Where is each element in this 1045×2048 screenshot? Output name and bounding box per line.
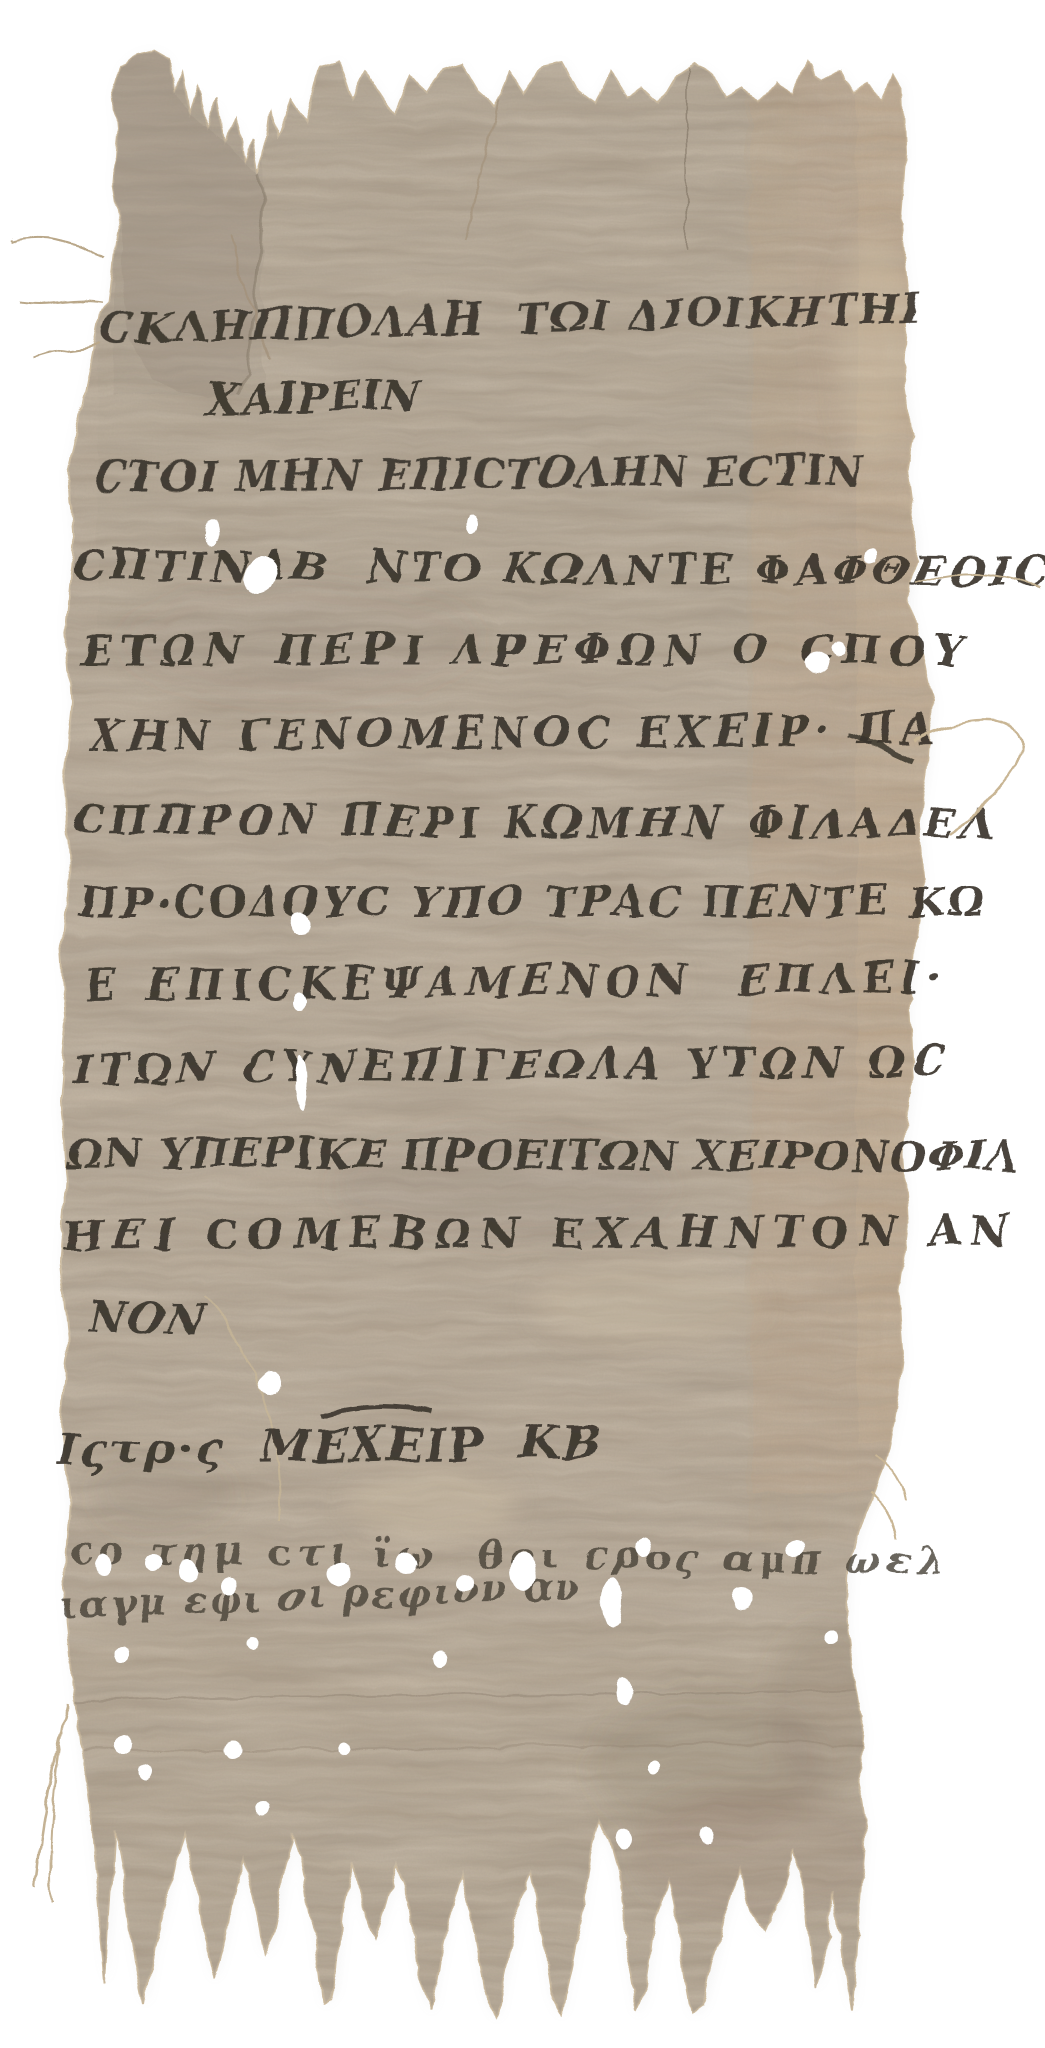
- text-line-12: ΗΕΙ CΟΜΕΒΩΝ ΕΧΑΗΝΤΟΝ ΑΝ: [61, 1204, 1017, 1258]
- date-line: Ιςτρ·ς ΜΕΧΕΙΡ ΚΒ: [52, 1413, 602, 1475]
- text-line-10: ΙΤΩΝ CΥΝΕΠΙΓΕΩΛΑ ΥΤΩΝ ΩC: [69, 1035, 950, 1093]
- photo-canvas: CΚΛΗΠΠΟΛΑΗ ΤΩΙ ΔΙΟΙΚΗΤΗΙ ΧΑΙΡΕΙΝ CΤΟΙ ΜΗ…: [0, 0, 1045, 2048]
- text-line-11: ΩΝ ΥΠΕΡΙΚΕ ΠΡΟΕΙΤΩΝ ΧΕΙΡΟΝΟΦΙΛ: [63, 1127, 1018, 1179]
- text-line-6: ΧΗΝ ΓΕΝΟΜΕΝΟC ΕΧΕΙΡ· ΠΑ: [85, 703, 939, 758]
- text-line-2: ΧΑΙΡΕΙΝ: [203, 369, 421, 422]
- text-line-3: CΤΟΙ ΜΗΝ ΕΠΙCΤΟΛΗΝ ΕCΤΙΝ: [92, 444, 864, 500]
- text-line-8: ΠΡ·CΟΔΟΥC ΥΠΟ ΤΡΑC ΠΕΝΤΕ ΚΩ: [75, 876, 986, 925]
- text-line-9: Ε ΕΠΙCΚΕΨΑΜΕΝΟΝ ΕΠΛΕΙ·: [83, 951, 948, 1008]
- text-line-13: ΝΟΝ: [84, 1291, 206, 1342]
- text-line-7: CΠΠΡΟΝ ΠΕΡΙ ΚΩΜΗΝ ΦΙΛΑΔΕΛ: [70, 793, 998, 847]
- papyrus-sheet: CΚΛΗΠΠΟΛΑΗ ΤΩΙ ΔΙΟΙΚΗΤΗΙ ΧΑΙΡΕΙΝ CΤΟΙ ΜΗ…: [8, 40, 1045, 2048]
- text-line-4: CΠΤΙΝΑΒ ΝΤΟ ΚΩΛΝΤΕ ΦΑΦΘΕΟΙC: [70, 539, 1045, 595]
- papyrus-fragment: CΚΛΗΠΠΟΛΑΗ ΤΩΙ ΔΙΟΙΚΗΤΗΙ ΧΑΙΡΕΙΝ CΤΟΙ ΜΗ…: [0, 0, 1045, 2048]
